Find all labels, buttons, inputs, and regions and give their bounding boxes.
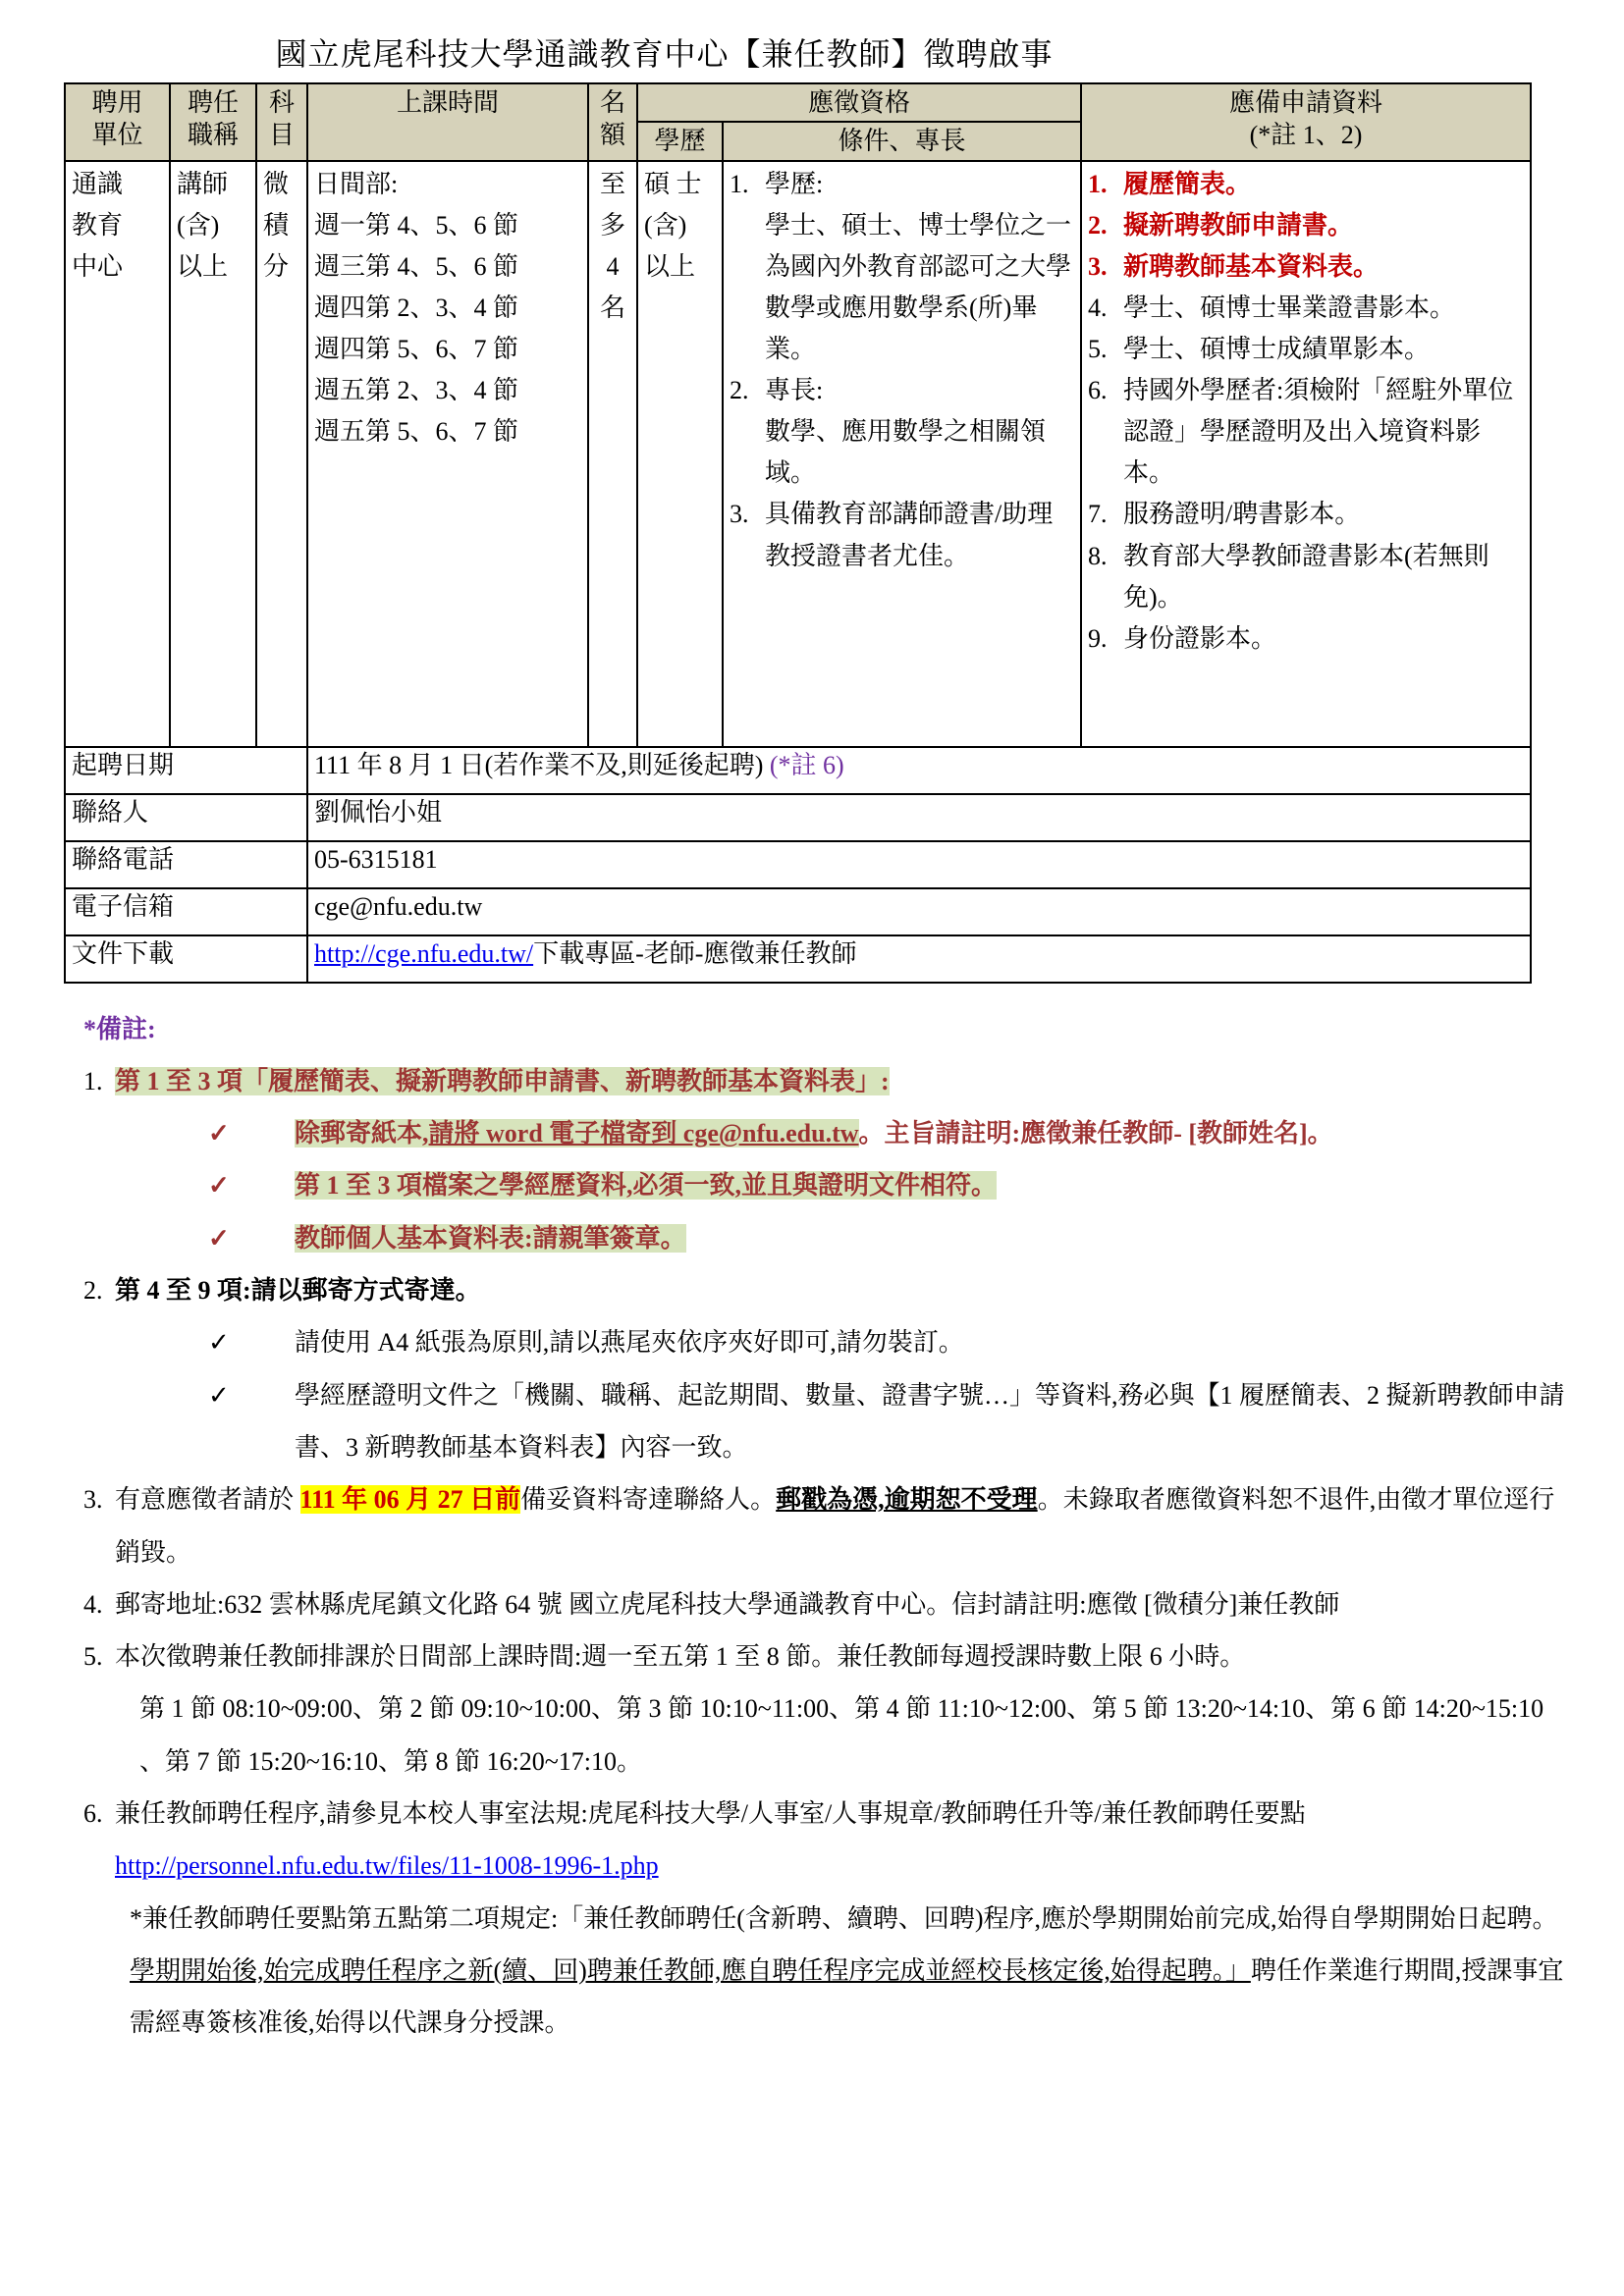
info-label: 聯絡電話: [65, 841, 307, 888]
document-number: 8.: [1088, 536, 1123, 618]
document-number: 6.: [1088, 370, 1123, 494]
cell-conditions: 1. 學歷: 學士、碩士、博士學位之一為國內外教育部認可之大學數學或應用數學系(…: [723, 161, 1081, 747]
document-item-red: 2. 擬新聘教師申請書。: [1088, 205, 1524, 246]
start-date-value: 111 年 8 月 1 日(若作業不及,則延後起聘): [314, 751, 770, 779]
note-number: 2.: [83, 1264, 115, 1473]
header-quota: 名 額: [588, 83, 637, 161]
condition-item: 3. 具備教育部講師證書/助理教授證書者尤佳。: [730, 494, 1074, 576]
document-text: 學士、碩博士畢業證書影本。: [1123, 288, 1524, 329]
note-2-title: 第 4 至 9 項:請以郵寄方式寄達。: [115, 1264, 1565, 1316]
note-number: 3.: [83, 1473, 115, 1578]
info-value: 劉佩怡小姐: [307, 794, 1531, 841]
info-label: 聯絡人: [65, 794, 307, 841]
document-text: 服務證明/聘書影本。: [1123, 494, 1524, 535]
note-number: 4.: [83, 1578, 115, 1630]
condition-number: 2.: [730, 370, 765, 494]
note-2-bullet-1: ✓ 請使用 A4 紙張為原則,請以燕尾夾依序夾好即可,請勿裝訂。: [208, 1316, 1565, 1368]
cell-job-title: 講師 (含) 以上: [170, 161, 256, 747]
note-1: 1. 第 1 至 3 項「履歷簡表、擬新聘教師申請書、新聘教師基本資料表」: ✓…: [83, 1055, 1565, 1264]
header-qualification: 應徵資格: [637, 83, 1081, 122]
document-item: 6. 持國外學歷者:須檢附「經駐外單位認證」學歷證明及出入境資料影本。: [1088, 370, 1524, 494]
document-page: 國立虎尾科技大學通識教育中心【兼任教師】徵聘啟事 聘用 單位 聘任 職稱 科 目…: [0, 0, 1624, 2049]
check-icon: ✓: [208, 1107, 295, 1159]
header-job-title: 聘任 職稱: [170, 83, 256, 161]
condition-item: 2. 專長: 數學、應用數學之相關領域。: [730, 370, 1074, 494]
personnel-rules-link[interactable]: http://personnel.nfu.edu.tw/files/11-100…: [115, 1851, 659, 1880]
cell-subject: 微 積 分: [256, 161, 307, 747]
info-value: http://cge.nfu.edu.tw/下載專區-老師-應徵兼任教師: [307, 935, 1531, 983]
check-icon: ✓: [208, 1212, 295, 1264]
document-text: 教育部大學教師證書影本(若無則免)。: [1123, 536, 1524, 618]
document-text: 學士、碩博士成績單影本。: [1123, 329, 1524, 370]
document-number: 4.: [1088, 288, 1123, 329]
header-documents: 應備申請資料 (*註 1、2): [1081, 83, 1531, 161]
cell-quota: 至 多 4 名: [588, 161, 637, 747]
info-row-start-date: 起聘日期 111 年 8 月 1 日(若作業不及,則延後起聘) (*註 6): [65, 747, 1531, 794]
header-hire-unit: 聘用 單位: [65, 83, 170, 161]
header-class-time: 上課時間: [307, 83, 588, 161]
check-icon: ✓: [208, 1316, 295, 1368]
info-value: 111 年 8 月 1 日(若作業不及,則延後起聘) (*註 6): [307, 747, 1531, 794]
note-4: 4. 郵寄地址:632 雲林縣虎尾鎮文化路 64 號 國立虎尾科技大學通識教育中…: [83, 1578, 1565, 1630]
download-link[interactable]: http://cge.nfu.edu.tw/: [314, 939, 533, 968]
table-body-row: 通識 教育 中心 講師 (含) 以上 微 積 分 日間部: 週一第 4、5、6 …: [65, 161, 1531, 747]
info-row-phone: 聯絡電話 05-6315181: [65, 841, 1531, 888]
document-item: 7. 服務證明/聘書影本。: [1088, 494, 1524, 535]
check-icon: ✓: [208, 1369, 295, 1474]
note-5: 5. 本次徵聘兼任教師排課於日間部上課時間:週一至五第 1 至 8 節。兼任教師…: [83, 1630, 1565, 1788]
note-5-schedule: 第 1 節 08:10~09:00、第 2 節 09:10~10:00、第 3 …: [139, 1682, 1565, 1788]
note-6-sub: *兼任教師聘任要點第五點第二項規定:「兼任教師聘任(含新聘、續聘、回聘)程序,應…: [130, 1893, 1565, 2050]
note-1-bullet-3: ✓ 教師個人基本資料表:請親筆簽章。: [208, 1212, 1565, 1264]
note-2-bullet-2: ✓ 學經歷證明文件之「機關、職稱、起訖期間、數量、證書字號…」等資料,務必與【1…: [208, 1369, 1565, 1474]
document-number: 9.: [1088, 618, 1123, 660]
note-number: 5.: [83, 1630, 115, 1788]
info-row-email: 電子信箱 cge@nfu.edu.tw: [65, 888, 1531, 935]
document-text: 身份證影本。: [1123, 618, 1524, 660]
header-subject: 科 目: [256, 83, 307, 161]
download-path-text: 下載專區-老師-應徵兼任教師: [533, 939, 856, 968]
document-number: 5.: [1088, 329, 1123, 370]
note-number: 6.: [83, 1788, 115, 2049]
condition-number: 3.: [730, 494, 765, 576]
note-number: 1.: [83, 1055, 115, 1264]
table-header-row-1: 聘用 單位 聘任 職稱 科 目 上課時間 名 額 應徵資格 應備申請資料 (*註…: [65, 83, 1531, 122]
cell-hire-unit: 通識 教育 中心: [65, 161, 170, 747]
condition-text: 學歷: 學士、碩士、博士學位之一為國內外教育部認可之大學數學或應用數學系(所)畢…: [765, 164, 1074, 371]
page-title: 國立虎尾科技大學通識教育中心【兼任教師】徵聘啟事: [64, 29, 1530, 75]
info-value: cge@nfu.edu.tw: [307, 888, 1531, 935]
document-text: 新聘教師基本資料表。: [1123, 246, 1524, 288]
condition-number: 1.: [730, 164, 765, 371]
note-5-text: 本次徵聘兼任教師排課於日間部上課時間:週一至五第 1 至 8 節。兼任教師每週授…: [115, 1630, 1565, 1682]
start-date-note-ref: (*註 6): [770, 751, 844, 779]
condition-text: 具備教育部講師證書/助理教授證書者尤佳。: [765, 494, 1074, 576]
info-value: 05-6315181: [307, 841, 1531, 888]
condition-text: 專長: 數學、應用數學之相關領域。: [765, 370, 1074, 494]
document-item: 8. 教育部大學教師證書影本(若無則免)。: [1088, 536, 1524, 618]
info-label: 電子信箱: [65, 888, 307, 935]
header-conditions: 條件、專長: [723, 122, 1081, 160]
document-number: 7.: [1088, 494, 1123, 535]
document-item: 4. 學士、碩博士畢業證書影本。: [1088, 288, 1524, 329]
document-number: 2.: [1088, 205, 1123, 246]
document-item-red: 3. 新聘教師基本資料表。: [1088, 246, 1524, 288]
note-6-main: 兼任教師聘任程序,請參見本校人事室法規:虎尾科技大學/人事室/人事規章/教師聘任…: [115, 1788, 1565, 1893]
info-row-download: 文件下載 http://cge.nfu.edu.tw/下載專區-老師-應徵兼任教…: [65, 935, 1531, 983]
cell-documents: 1. 履歷簡表。 2. 擬新聘教師申請書。 3. 新聘教師基本資料表。 4. 學…: [1081, 161, 1531, 747]
note-1-bullet-1: ✓ 除郵寄紙本,請將 word 電子檔寄到 cge@nfu.edu.tw。主旨請…: [208, 1107, 1565, 1159]
cell-education: 碩 士 (含) 以上: [637, 161, 723, 747]
info-label: 文件下載: [65, 935, 307, 983]
document-item-red: 1. 履歷簡表。: [1088, 164, 1524, 205]
note-4-text: 郵寄地址:632 雲林縣虎尾鎮文化路 64 號 國立虎尾科技大學通識教育中心。信…: [115, 1578, 1565, 1630]
notes-header: *備註:: [83, 1003, 1565, 1055]
document-item: 9. 身份證影本。: [1088, 618, 1524, 660]
condition-item: 1. 學歷: 學士、碩士、博士學位之一為國內外教育部認可之大學數學或應用數學系(…: [730, 164, 1074, 371]
note-6: 6. 兼任教師聘任程序,請參見本校人事室法規:虎尾科技大學/人事室/人事規章/教…: [83, 1788, 1565, 2049]
document-number: 1.: [1088, 164, 1123, 205]
document-number: 3.: [1088, 246, 1123, 288]
note-3: 3. 有意應徵者請於 111 年 06 月 27 日前備妥資料寄達聯絡人。郵戳為…: [83, 1473, 1565, 1578]
document-text: 擬新聘教師申請書。: [1123, 205, 1524, 246]
check-icon: ✓: [208, 1159, 295, 1211]
header-education: 學歷: [637, 122, 723, 160]
document-text: 履歷簡表。: [1123, 164, 1524, 205]
cell-class-time: 日間部: 週一第 4、5、6 節 週三第 4、5、6 節 週四第 2、3、4 節…: [307, 161, 588, 747]
document-text: 持國外學歷者:須檢附「經駐外單位認證」學歷證明及出入境資料影本。: [1123, 370, 1524, 494]
note-1-title: 第 1 至 3 項「履歷簡表、擬新聘教師申請書、新聘教師基本資料表」:: [115, 1055, 1565, 1107]
note-2: 2. 第 4 至 9 項:請以郵寄方式寄達。 ✓ 請使用 A4 紙張為原則,請以…: [83, 1264, 1565, 1473]
document-item: 5. 學士、碩博士成績單影本。: [1088, 329, 1524, 370]
info-label: 起聘日期: [65, 747, 307, 794]
recruitment-table: 聘用 單位 聘任 職稱 科 目 上課時間 名 額 應徵資格 應備申請資料 (*註…: [64, 82, 1532, 984]
info-row-contact: 聯絡人 劉佩怡小姐: [65, 794, 1531, 841]
notes-section: *備註: 1. 第 1 至 3 項「履歷簡表、擬新聘教師申請書、新聘教師基本資料…: [83, 1003, 1565, 2050]
note-1-bullet-2: ✓ 第 1 至 3 項檔案之學經歷資料,必須一致,並且與證明文件相符。: [208, 1159, 1565, 1211]
deadline-highlight: 111 年 06 月 27 日前: [300, 1485, 521, 1514]
postmark-emphasis: 郵戳為憑,逾期恕不受理: [776, 1485, 1038, 1514]
